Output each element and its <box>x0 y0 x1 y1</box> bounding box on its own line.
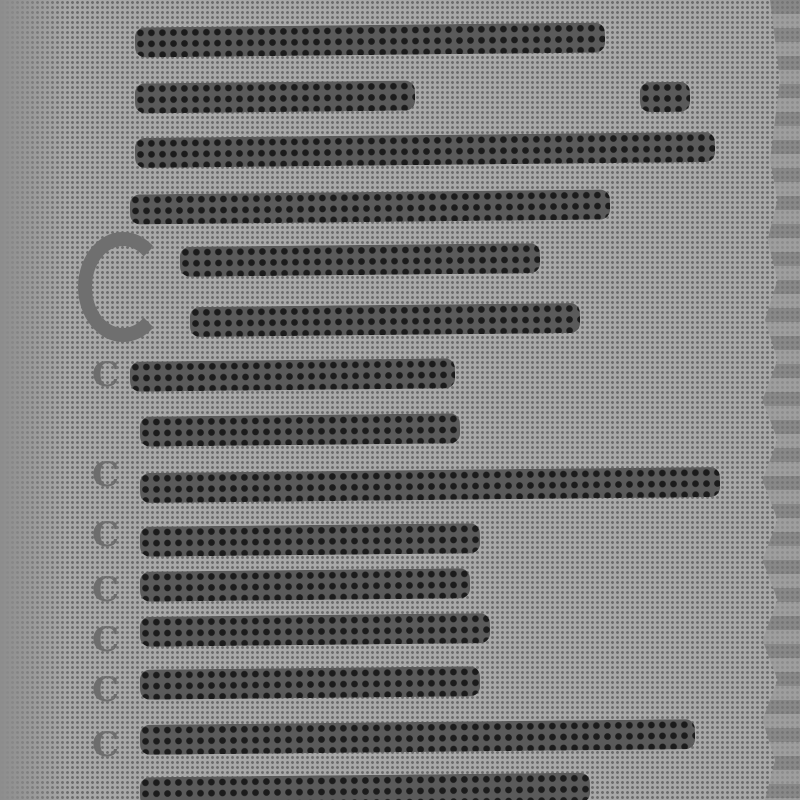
text-line: [illegible] <box>130 189 610 224</box>
text-line: [illegible] <box>140 523 480 557</box>
text-line: [illegible] <box>130 358 455 391</box>
manuscript-page: C C C C C C C [illegible] [illegible] [i… <box>0 0 800 800</box>
marginal-initial: C <box>92 725 119 765</box>
left-margin-shadow <box>0 0 70 800</box>
text-line-partial <box>140 773 590 800</box>
text-line: [illegible] <box>135 132 715 168</box>
marginal-initial: C <box>92 515 119 555</box>
marginal-initial: C <box>92 670 119 710</box>
marginal-initial: C <box>92 455 119 495</box>
text-line: [illegible] <box>140 719 695 755</box>
large-initial-c <box>78 232 168 342</box>
text-line: [illegible] <box>140 666 480 700</box>
text-line: [illegible] <box>140 613 490 647</box>
text-line: [illegible] <box>135 81 415 114</box>
text-line: [illegible] <box>140 413 460 446</box>
text-line: [illegible] <box>190 303 580 337</box>
marginal-initial: C <box>92 620 119 660</box>
torn-right-edge <box>750 0 800 800</box>
marginal-initial: C <box>92 570 119 610</box>
text-line: [illegible] <box>140 467 720 503</box>
marginal-initial: C <box>92 355 119 395</box>
text-line: [illegible] <box>180 243 540 277</box>
text-line-fragment <box>640 82 690 113</box>
text-line: [illegible] <box>135 23 605 58</box>
text-line: [illegible] <box>140 568 470 601</box>
